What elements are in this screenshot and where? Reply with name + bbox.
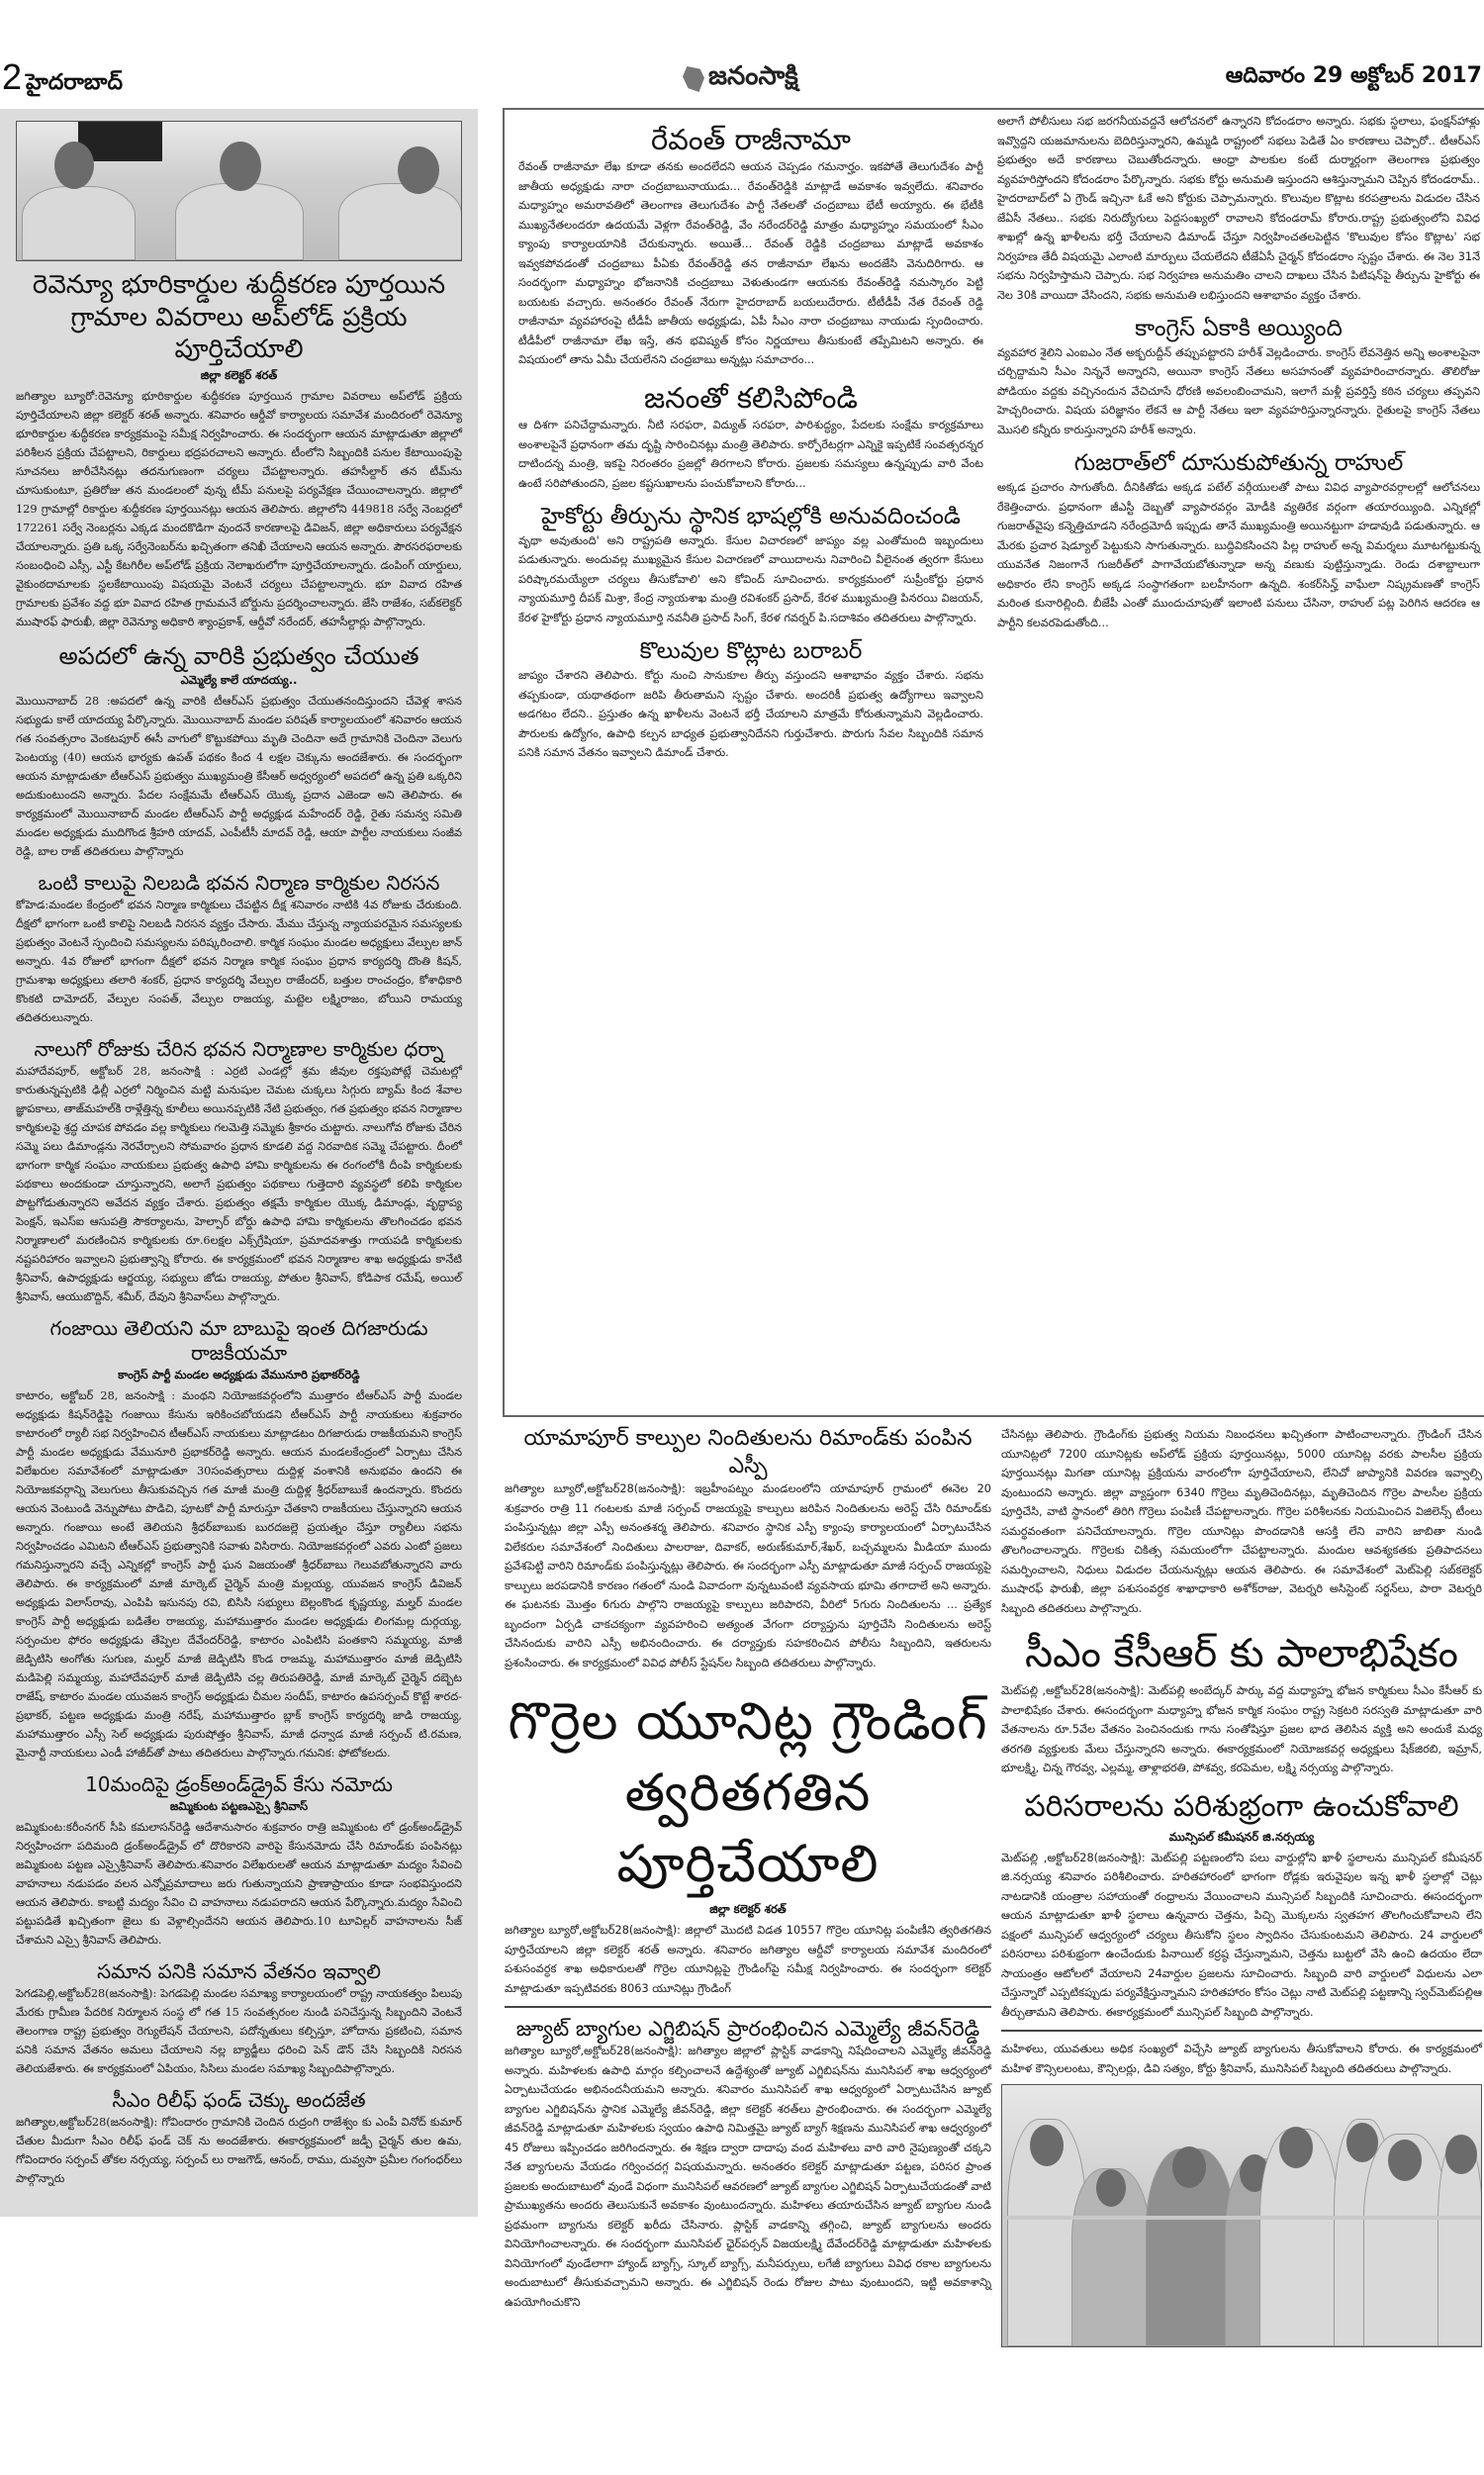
headline: జనంతో కలిసిపోండి bbox=[518, 380, 983, 416]
article-join-people: జనంతో కలిసిపోండి ఆ దిశగా పనిచేద్దామన్నార… bbox=[518, 380, 983, 493]
headline: గంజాయి తెలియని మా బాబుపై ఇంత దిగజారుడు ర… bbox=[16, 1316, 462, 1366]
article-body: కోహెడ:మండల కేంద్రంలో భవన నిర్మాణ కార్మిక… bbox=[16, 896, 462, 1027]
article-yamapur-firing: యామాపూర్ కాల్పుల నిందితులను రిమాండ్‌కు ప… bbox=[505, 1425, 991, 1672]
article-body: కాటారం, అక్టోబర్ 28, జనంసాక్షి : మంథని న… bbox=[16, 1386, 462, 1762]
head-right-shape bbox=[398, 146, 439, 194]
byline: ఎమ్మెల్యే కాలే యాదయ్య.. bbox=[16, 673, 462, 690]
head-left-shape bbox=[54, 142, 94, 189]
headline: కాంగ్రెస్ ఏకాకి అయ్యింది bbox=[997, 315, 1480, 343]
head-shape bbox=[1172, 2146, 1206, 2188]
page-header-left: 2హైదరాబాద్ bbox=[2, 59, 123, 100]
boxed-column-b: అలాగే పోలీసులు సభ జరగనీయవద్దనే ఆలోచనలో ఉ… bbox=[997, 112, 1480, 632]
headline: ఒంటి కాలుపై నిలబడి భవన నిర్మాణ కార్మికుల… bbox=[16, 871, 462, 896]
person-left-shape bbox=[22, 186, 136, 260]
headline: నాలుగో రోజుకు చేరిన భవన నిర్మాణాల కార్మి… bbox=[16, 1037, 462, 1062]
headline: అపదలో ఉన్న వారికి ప్రభుత్వం చేయుత bbox=[16, 641, 462, 671]
article-body: వ్యవహార శైలిని ఎంఐఎం నేత అక్బరుద్దీన్ తప… bbox=[997, 343, 1480, 440]
article-cm-relief-fund: సీఎం రిలీఫ్ ఫండ్ చెక్కు అందజేత జగిత్యాల,… bbox=[16, 2088, 462, 2188]
headline: 10మందిపై డ్రంక్‌అండ్‌డ్రైవ్ కేసు నమోదు bbox=[16, 1772, 462, 1797]
article-ganja-politics: గంజాయి తెలియని మా బాబుపై ఇంత దిగజారుడు ర… bbox=[16, 1316, 462, 1762]
headline: సీఎం రిలీఫ్ ఫండ్ చెక్కు అందజేత bbox=[16, 2088, 462, 2113]
article-revanth-resignation: రేవంత్ రాజీనామా రేవంత్ రాజీనామా లేఖ కూడా… bbox=[518, 122, 983, 370]
article-body: రేవంత్ రాజీనామా లేఖ కూడా తనకు అందలేదని ఆ… bbox=[518, 157, 983, 370]
byline: జిల్లా కలెక్టర్ శరత్ bbox=[16, 368, 462, 385]
byline: జిల్లా కలెక్టర్ శరత్ bbox=[505, 1902, 991, 1919]
headline: సీఎం కేసీఆర్ కు పాలాభిషేకం bbox=[1001, 1626, 1482, 1681]
ribbon-shape bbox=[1002, 2216, 1481, 2220]
edition-name: హైదరాబాద్ bbox=[26, 69, 123, 94]
head-shape bbox=[1388, 2140, 1422, 2181]
article-revenue-records: రెవెన్యూ భూరికార్డుల శుద్ధీకరణ పూర్తయిన … bbox=[16, 269, 462, 631]
article-drunk-drive: 10మందిపై డ్రంక్‌అండ్‌డ్రైవ్ కేసు నమోదు జ… bbox=[16, 1772, 462, 1950]
article-govt-support: అపదలో ఉన్న వారికి ప్రభుత్వం చేయుత ఎమ్మెల… bbox=[16, 641, 462, 861]
page-number: 2 bbox=[2, 56, 22, 97]
headline: కొలువుల కొట్లాట బరాబర్ bbox=[518, 637, 983, 666]
article-body: వృథా అవుతుంది' అని రాష్ట్రపతి అన్నారు. క… bbox=[518, 531, 983, 628]
headline: పరిసరాలను పరిశుభ్రంగా ఉంచుకోవాలి bbox=[1001, 1786, 1482, 1828]
article-jobs-fight: కొలువుల కొట్లాట బరాబర్ జాప్యం చేశారని తె… bbox=[518, 637, 983, 762]
article-body: జగిత్యాల బ్యూరో:రెవెన్యూ భూరికార్డుల శుద… bbox=[16, 387, 462, 631]
head-shape bbox=[1445, 2135, 1477, 2174]
article-body: మహిళలు, యువతులు అధిక సంఖ్యలో విచ్చేసి జ్… bbox=[1001, 2040, 1482, 2078]
head-shape bbox=[1096, 2169, 1126, 2207]
byline: కాంగ్రెస్ పార్టీ మండల అధ్యక్షుడు వేమునూర… bbox=[16, 1368, 462, 1384]
article-body: చేసినట్లు తెలిపారు. గ్రౌండింగ్‌కు ప్రభుత… bbox=[1001, 1425, 1482, 1618]
headline: గొర్రెల యూనిట్ల గ్రౌండింగ్ త్వరితగతిన పూ… bbox=[505, 1686, 991, 1900]
headline: సమాన పనికి సమాన వేతనం ఇవ్వాలి bbox=[16, 1959, 462, 1984]
telangana-map-icon bbox=[683, 66, 704, 92]
article-body: జగిత్యాల బ్యూరో,అక్టోబర్28(జనంసాక్షి): జ… bbox=[505, 2042, 991, 2312]
article-equal-pay: సమాన పనికి సమాన వేతనం ఇవ్వాలి పెగడపెల్లి… bbox=[16, 1959, 462, 2078]
article-body: జాప్యం చేశారని తెలిపారు. కోర్టు నుంచి సా… bbox=[518, 666, 983, 763]
article-body: జగిత్యాల బ్యూరో,అక్టోబర్28(జనంసాక్షి): ఇ… bbox=[505, 1479, 991, 1672]
divider bbox=[1001, 2030, 1482, 2032]
headline: యామాపూర్ కాల్పుల నిందితులను రిమాండ్‌కు ప… bbox=[505, 1425, 991, 1479]
article-body: పెగడపెల్లి,అక్టోబర్28(జనంసాక్షి): పెగడపె… bbox=[16, 1984, 462, 2078]
article-body: అలాగే పోలీసులు సభ జరగనీయవద్దనే ఆలోచనలో ఉ… bbox=[997, 112, 1480, 305]
article-sheep-grounding-continued: చేసినట్లు తెలిపారు. గ్రౌండింగ్‌కు ప్రభుత… bbox=[1001, 1425, 1482, 1618]
article-body: జగిత్యాల,అక్టోబర్28(జనంసాక్షి): గోవిందార… bbox=[16, 2113, 462, 2188]
article-construction-dharna: నాలుగో రోజుకు చేరిన భవన నిర్మాణాల కార్మి… bbox=[16, 1037, 462, 1306]
article-body: మొయినాబాద్ 28 :అపదలో ఉన్న వారికి టీఆర్‌ఎ… bbox=[16, 692, 462, 861]
boxed-column-a: రేవంత్ రాజీనామా రేవంత్ రాజీనామా లేఖ కూడా… bbox=[518, 122, 983, 763]
article-kcr-milk-abhishekam: సీఎం కేసీఆర్ కు పాలాభిషేకం మెట్‌పల్లి ,అ… bbox=[1001, 1626, 1482, 1778]
article-rahul-gujarat: గుజరాత్‌లో దూసుకుపోతున్న రాహుల్ అక్కడ ప్… bbox=[997, 449, 1480, 632]
headline: గుజరాత్‌లో దూసుకుపోతున్న రాహుల్ bbox=[997, 449, 1480, 478]
article-body: జగిత్యాల బ్యూరో,అక్టోబర్28(జనంసాక్షి): జ… bbox=[505, 1921, 991, 1998]
article-body: మెట్‌పల్లి ,అక్టోబర్28(జనంసాక్షి): మెట్‌… bbox=[1001, 1681, 1482, 1778]
left-column: రెవెన్యూ భూరికార్డుల శుద్ధీకరణ పూర్తయిన … bbox=[0, 109, 478, 2217]
article-sheep-grounding: గొర్రెల యూనిట్ల గ్రౌండింగ్ త్వరితగతిన పూ… bbox=[505, 1686, 991, 1998]
head-shape bbox=[1279, 2127, 1313, 2168]
headline: హైకోర్టు తీర్పును స్థానిక భాషల్లోకి అనువ… bbox=[518, 503, 983, 531]
article-jute-exhibition: జ్యూట్ బ్యాగుల ఎగ్జిబిషన్ ప్రారంభించిన ఎ… bbox=[505, 2016, 991, 2312]
article-body: జమ్మికుంట:కరీంనగర్ సీపి కమలాసన్‌రెడ్డి ఆ… bbox=[16, 1818, 462, 1950]
article-congress-isolated: కాంగ్రెస్ ఏకాకి అయ్యింది వ్యవహార శైలిని … bbox=[997, 315, 1480, 439]
byline: మున్సిపల్ కమీషనర్ జి.నర్సయ్య bbox=[1001, 1830, 1482, 1847]
middle-lower-column: యామాపూర్ కాల్పుల నిందితులను రిమాండ్‌కు ప… bbox=[505, 1425, 991, 2312]
headline: రేవంత్ రాజీనామా bbox=[518, 122, 983, 157]
byline: జమ్మికుంట పట్టణఎస్సై శ్రీనివాస్ bbox=[16, 1799, 462, 1816]
article-body: అక్కడ ప్రచారం సాగుతోంది. దీనికితోడు అక్క… bbox=[997, 478, 1480, 632]
article-body: ఆ దిశగా పనిచేద్దామన్నారు. నీటి సరఫరా, వి… bbox=[518, 416, 983, 493]
headline: రెవెన్యూ భూరికార్డుల శుద్ధీకరణ పూర్తయిన … bbox=[16, 269, 462, 366]
boxed-news-section: రేవంత్ రాజీనామా రేవంత్ రాజీనామా లేఖ కూడా… bbox=[503, 108, 1484, 1417]
head-center-shape bbox=[220, 142, 261, 191]
article-high-court-translation: హైకోర్టు తీర్పును స్థానిక భాషల్లోకి అనువ… bbox=[518, 503, 983, 627]
headline: జ్యూట్ బ్యాగుల ఎగ్జిబిషన్ ప్రారంభించిన ఎ… bbox=[505, 2016, 991, 2042]
person-right-shape bbox=[338, 183, 462, 260]
article-jute-exhibition-continued: మహిళలు, యువతులు అధిక సంఖ్యలో విచ్చేసి జ్… bbox=[1001, 2040, 1482, 2078]
jute-exhibition-photo bbox=[1001, 2084, 1482, 2347]
article-kodandaram-continued: అలాగే పోలీసులు సభ జరగనీయవద్దనే ఆలోచనలో ఉ… bbox=[997, 112, 1480, 305]
head-shape bbox=[1030, 2125, 1064, 2166]
divider bbox=[505, 2006, 991, 2008]
article-keep-surroundings-clean: పరిసరాలను పరిశుభ్రంగా ఉంచుకోవాలి మున్సిప… bbox=[1001, 1786, 1482, 2023]
person-center-shape bbox=[175, 183, 304, 260]
issue-date: ఆదివారం 29 అక్టోబర్ 2017 bbox=[1226, 63, 1482, 93]
meeting-photo bbox=[16, 121, 462, 261]
article-construction-protest: ఒంటి కాలుపై నిలబడి భవన నిర్మాణ కార్మికుల… bbox=[16, 871, 462, 1027]
newspaper-logo: జనంసాక్షి bbox=[683, 61, 798, 97]
newspaper-name: జనంసాక్షి bbox=[708, 61, 798, 97]
article-body: మహాదేవపూర్, అక్టోబర్ 28, జనంసాక్షి : ఎర్… bbox=[16, 1062, 462, 1306]
right-lower-column: చేసినట్లు తెలిపారు. గ్రౌండింగ్‌కు ప్రభుత… bbox=[1001, 1425, 1482, 2347]
article-body: మెట్‌పల్లి ,అక్టోబర్28(జనంసాక్షి): మెట్‌… bbox=[1001, 1849, 1482, 2023]
